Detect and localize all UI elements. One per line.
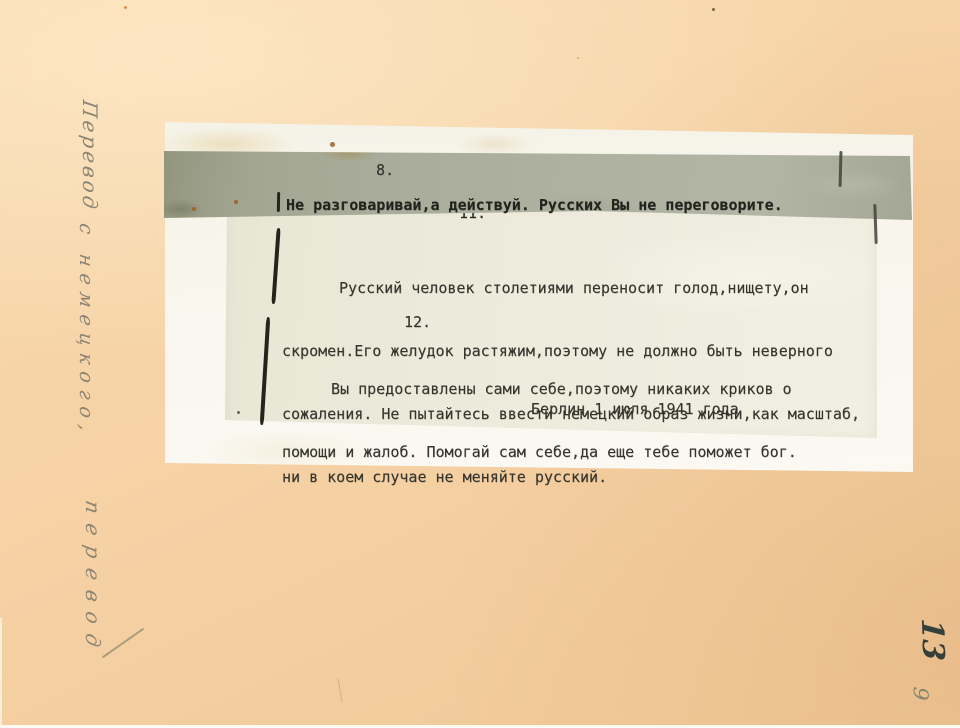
section-12-paragraph: Вы предоставлены сами себе,поэтому никак… [282, 337, 797, 505]
paper-speck [712, 8, 715, 11]
dateline: Берлин 1 июля 1941 года [531, 399, 739, 420]
paper-speck [577, 57, 579, 59]
typed-line: помощи и жалоб. Помогай сам себе,да еще … [282, 442, 797, 463]
scratch-mark [102, 628, 144, 658]
typed-line: Русский человек столетиями переносит гол… [282, 278, 860, 299]
archival-document-photo: 11. 8. Не разговаривай,а действуй. Русск… [0, 0, 960, 728]
scratch-mark [337, 679, 342, 703]
rust-speck [330, 142, 335, 147]
ink-speck [237, 411, 240, 414]
section-12-number: 12. [404, 312, 431, 333]
rust-speck [234, 200, 238, 204]
page-number-label: 8. [376, 160, 394, 181]
strip-headline: Не разговаривай,а действуй. Русских Вы н… [286, 195, 783, 216]
scan-edge [0, 618, 2, 728]
margin-note-segment: перевод [81, 499, 105, 659]
margin-note-segment: с немецкого, [75, 222, 97, 440]
rust-speck [192, 207, 196, 211]
paper-speck [124, 6, 127, 9]
margin-note-segment: Перевод [78, 99, 102, 214]
corner-page-number-secondary: 9 [908, 686, 933, 701]
ink-paragraph-mark-headline [277, 192, 280, 212]
corner-page-number: 13 [914, 618, 951, 662]
typed-line: Вы предоставлены сами себе,поэтому никак… [282, 379, 797, 400]
